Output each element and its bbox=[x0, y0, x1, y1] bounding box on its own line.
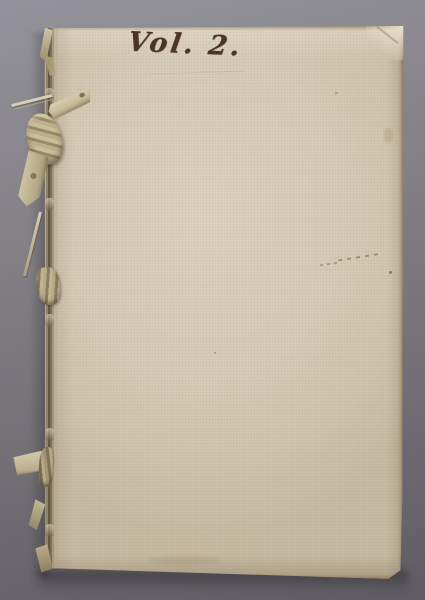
strap-dark-spot bbox=[30, 173, 37, 180]
foxing-speck bbox=[335, 92, 338, 94]
edge-stain bbox=[384, 128, 393, 143]
sewing-support bbox=[45, 198, 54, 211]
strap-stitch-hole bbox=[79, 92, 85, 98]
bottom-smudge bbox=[150, 556, 220, 565]
foxing-speck bbox=[214, 352, 216, 354]
sewing-support bbox=[45, 428, 54, 441]
sewing-support bbox=[45, 524, 54, 537]
handwritten-volume-label: Vol. 2. bbox=[126, 27, 245, 63]
foxing-speck bbox=[389, 271, 392, 274]
sewing-support bbox=[45, 314, 54, 327]
photo-background: Vol. 2. bbox=[0, 0, 425, 600]
book-cover bbox=[44, 26, 404, 579]
